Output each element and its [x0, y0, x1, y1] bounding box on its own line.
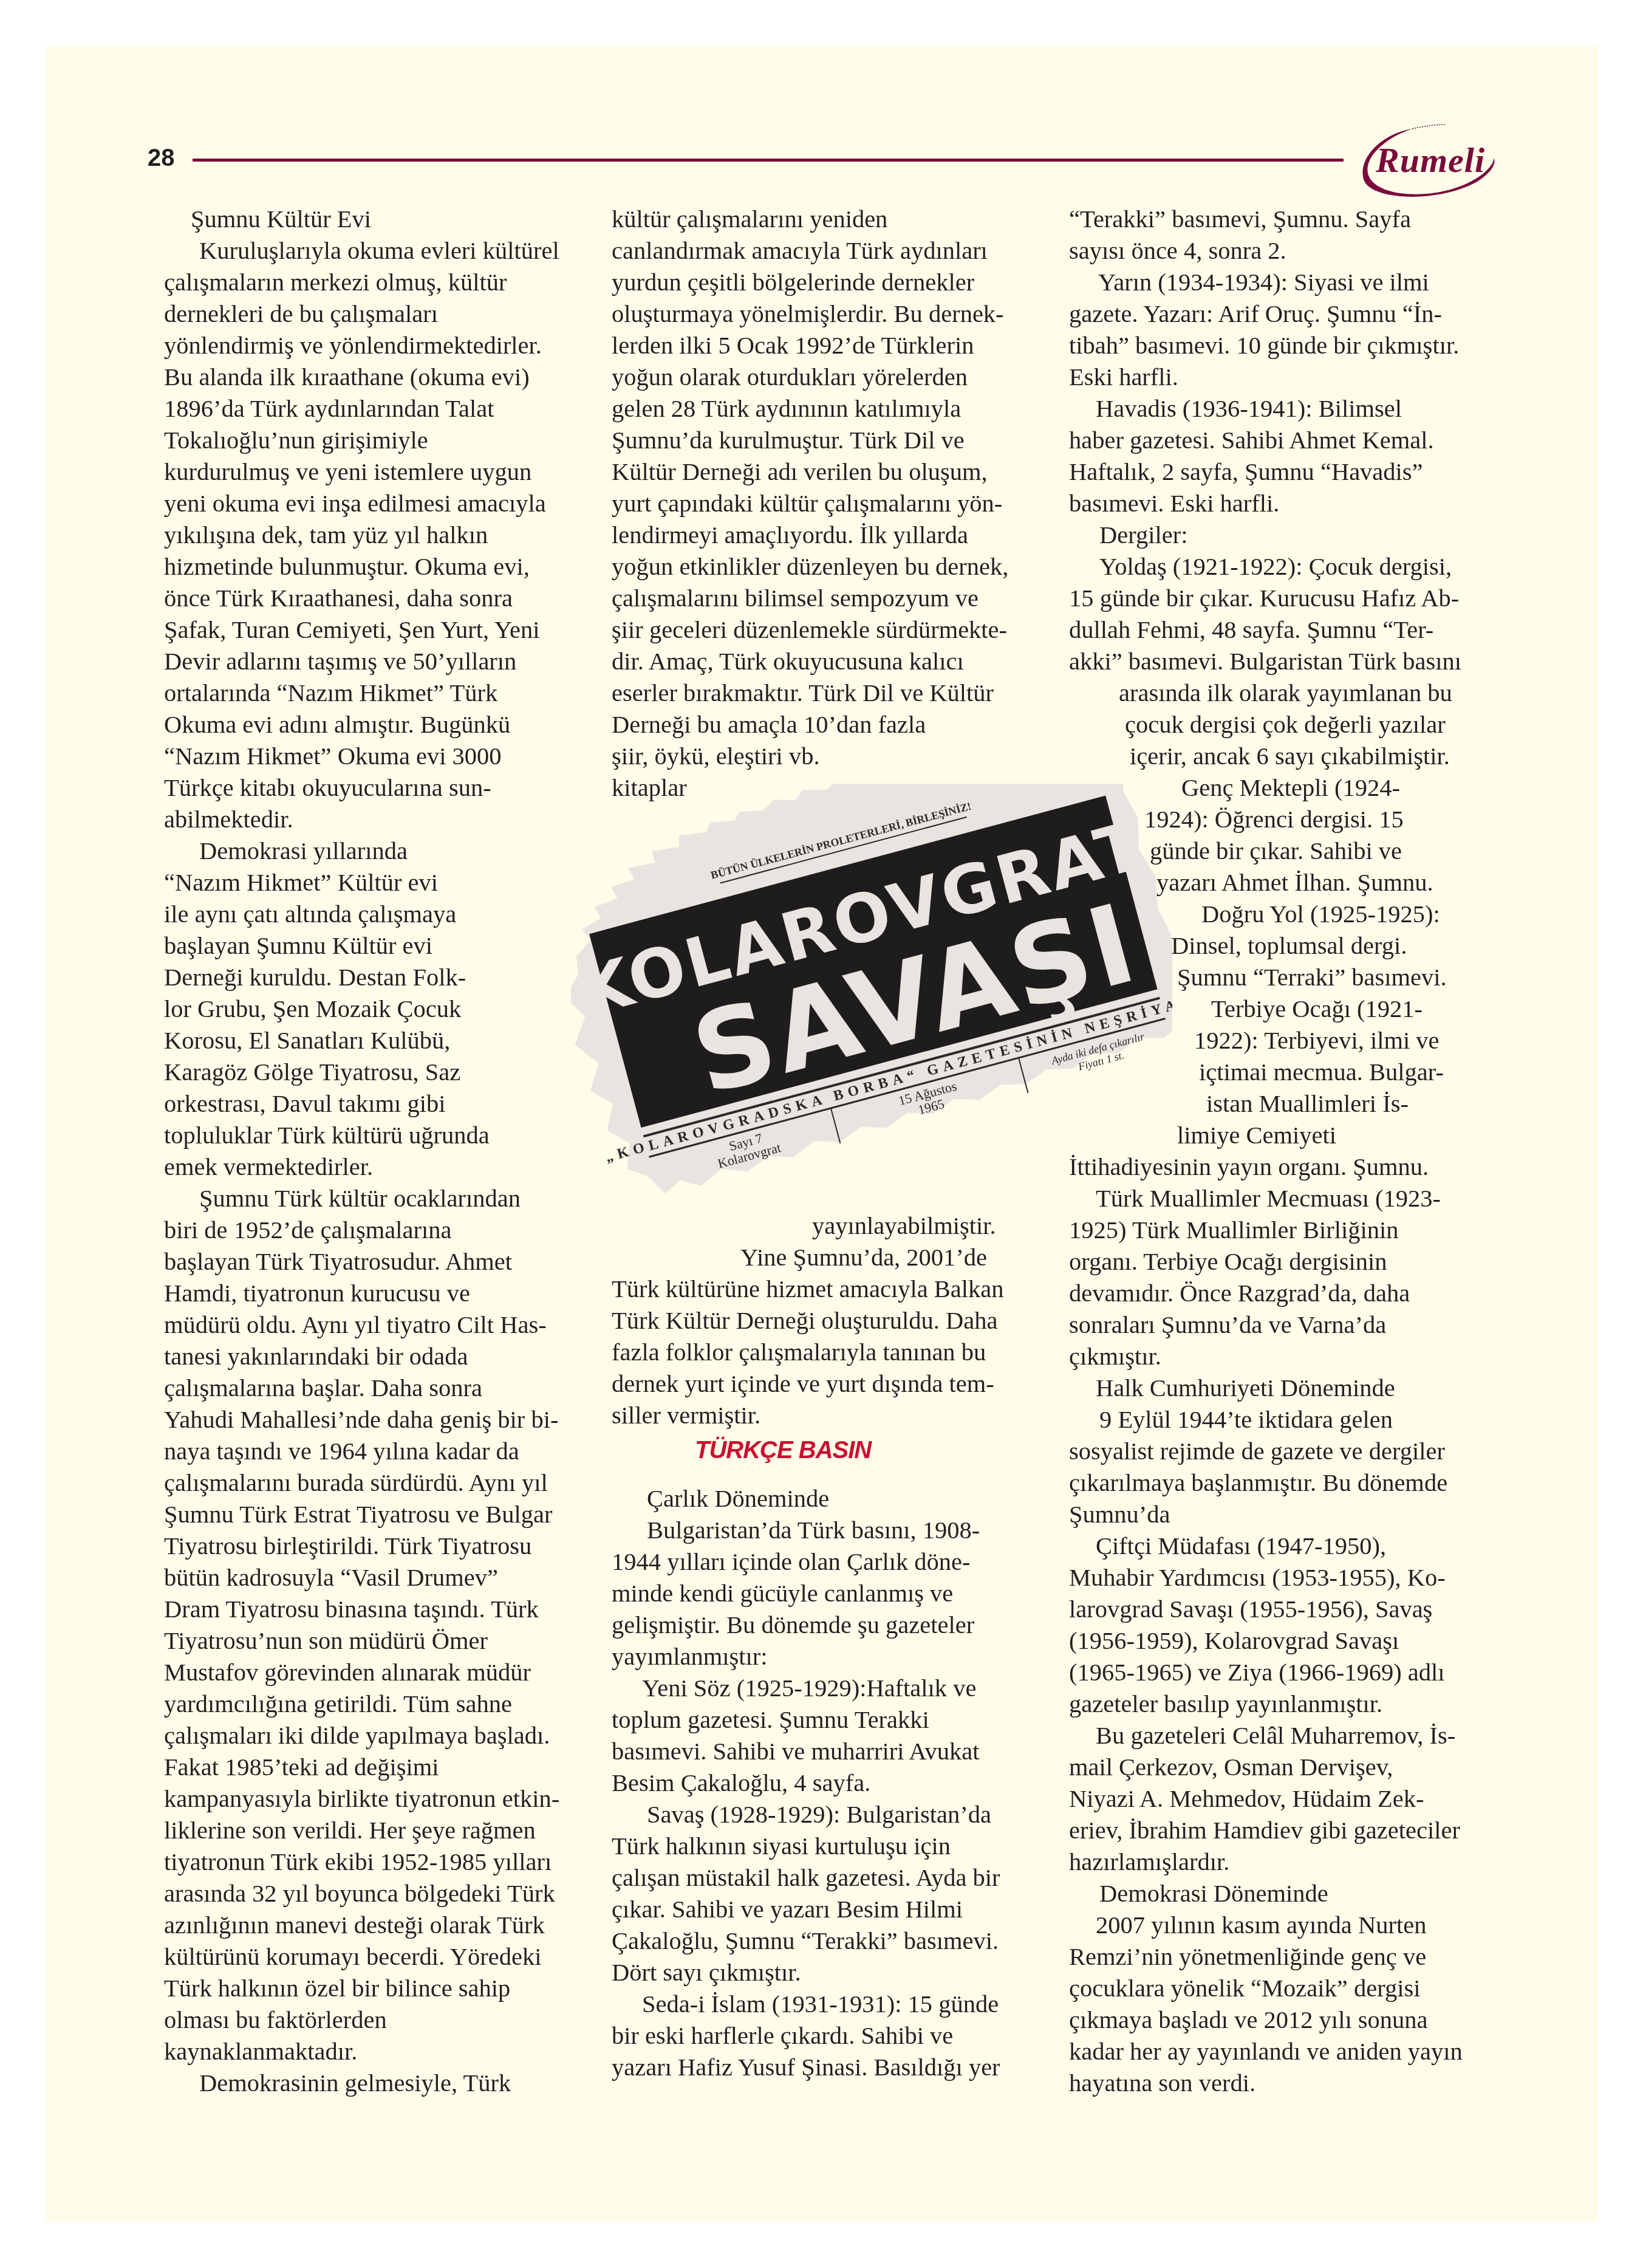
text-line: Çiftçi Müdafası (1947-1950), [1069, 1530, 1494, 1562]
text-line: yazarı Ahmet İlhan. Şumnu. [1069, 867, 1494, 899]
text-line: çıkmaya başladı ve 2012 yılı sonuna [1069, 2004, 1494, 2036]
text-line: Savaş (1928-1929): Bulgaristan’da [612, 1799, 1049, 1831]
text-line: Besim Çakaloğlu, 4 sayfa. [612, 1767, 1049, 1799]
text-line: lendirmeyi amaçlıyordu. İlk yıllarda [612, 519, 1049, 551]
text-line: Genç Mektepli (1924- [1069, 772, 1494, 804]
text-line: günde bir çıkar. Sahibi ve [1069, 835, 1494, 867]
text-line: Türk halkının özel bir bilince sahip [164, 1973, 589, 2004]
text-line: Türk kültürüne hizmet amacıyla Balkan [612, 1273, 1049, 1305]
text-line: limiye Cemiyeti [1069, 1120, 1494, 1151]
column-1: Şumnu Kültür EviKuruluşlarıyla okuma evl… [164, 204, 589, 2099]
text-line: gelen 28 Türk aydınının katılımıyla [612, 393, 1049, 425]
text-line: yeni okuma evi inşa edilmesi amacıyla [164, 488, 589, 519]
text-line: çıkar. Sahibi ve yazarı Besim Hilmi [612, 1894, 1049, 1925]
text-line: Eski harfli. [1069, 361, 1494, 393]
header-rule [193, 159, 1344, 162]
text-line: İttihadiyesinin yayın organı. Şumnu. [1069, 1151, 1494, 1183]
text-line: biri de 1952’de çalışmalarına [164, 1215, 589, 1246]
text-line: yurdun çeşitli bölgelerinde dernekler [612, 267, 1049, 298]
text-line: Yeni Söz (1925-1929):Haftalık ve [612, 1673, 1049, 1704]
text-line: siller vermiştir. [612, 1400, 1049, 1431]
page-number: 28 [148, 145, 175, 172]
text-line: içerir, ancak 6 sayı çıkabilmiştir. [1069, 741, 1494, 772]
text-line: çocuklara yönelik “Mozaik” dergisi [1069, 1973, 1494, 2004]
text-line: Yine Şumnu’da, 2001’de [612, 1242, 1049, 1273]
text-line: Derneği bu amaçla 10’dan fazla [612, 709, 1049, 741]
text-line: mail Çerkezov, Osman Dervişev, [1069, 1752, 1494, 1783]
text-line: “Terakki” basımevi, Şumnu. Sayfa [1069, 204, 1494, 235]
text-line: lerden ilki 5 Ocak 1992’de Türklerin [612, 330, 1049, 361]
text-line: çalışmaların merkezi olmuş, kültür [164, 267, 589, 298]
text-line: eriev, İbrahim Hamdiev gibi gazeteciler [1069, 1815, 1494, 1846]
text-line: Kuruluşlarıyla okuma evleri kültürel [164, 235, 589, 267]
text-line: içtimai mecmua. Bulgar- [1069, 1057, 1494, 1088]
text-line: Remzi’nin yönetmenliğinde genç ve [1069, 1941, 1494, 1973]
text-line: Havadis (1936-1941): Bilimsel [1069, 393, 1494, 425]
text-line: olması bu faktörlerden [164, 2004, 589, 2036]
text-line: Korosu, El Sanatları Kulübü, [164, 1025, 589, 1057]
text-line: Muhabir Yardımcısı (1953-1955), Ko- [1069, 1562, 1494, 1594]
text-line: Türk Muallimler Mecmuası (1923- [1069, 1183, 1494, 1215]
text-line: Şumnu Türk kültür ocaklarından [164, 1183, 589, 1215]
text-line: akki” basımevi. Bulgaristan Türk basını [1069, 646, 1494, 677]
text-line: Şumnu “Terraki” basımevi. [1069, 962, 1494, 993]
text-line: yayınlayabilmiştir. [612, 1210, 1049, 1242]
text-line: Fakat 1985’teki ad değişimi [164, 1752, 589, 1783]
text-line: yıkılışına dek, tam yüz yıl halkın [164, 519, 589, 551]
text-line: Dergiler: [1069, 519, 1494, 551]
text-line: sayısı önce 4, sonra 2. [1069, 235, 1494, 267]
text-line: başlayan Türk Tiyatrosudur. Ahmet [164, 1246, 589, 1278]
text-line: müdürü oldu. Aynı yıl tiyatro Cilt Has- [164, 1309, 589, 1341]
text-line: Tiyatrosu birleştirildi. Türk Tiyatrosu [164, 1530, 589, 1562]
text-line: organı. Terbiye Ocağı dergisinin [1069, 1246, 1494, 1278]
text-line: Derneği kuruldu. Destan Folk- [164, 962, 589, 993]
section-heading-turkce-basin: TÜRKÇE BASIN [695, 1437, 871, 1464]
text-line: Hamdi, tiyatronun kurucusu ve [164, 1278, 589, 1309]
text-line: naya taşındı ve 1964 yılına kadar da [164, 1436, 589, 1467]
text-line: 1922): Terbiyevi, ilmi ve [1069, 1025, 1494, 1057]
text-line: eserler bırakmaktır. Türk Dil ve Kültür [612, 677, 1049, 709]
text-line: önce Türk Kıraathanesi, daha sonra [164, 583, 589, 614]
text-line: gazeteler basılıp yayınlanmıştır. [1069, 1688, 1494, 1720]
text-line: basımevi. Eski harfli. [1069, 488, 1494, 519]
column-2-bottom: Çarlık DönemindeBulgaristan’da Türk bası… [612, 1483, 1049, 2083]
column-2-middle: yayınlayabilmiştir.Yine Şumnu’da, 2001’d… [612, 1210, 1049, 1431]
text-line: 1924): Öğrenci dergisi. 15 [1069, 804, 1494, 835]
text-line: arasında 32 yıl boyunca bölgedeki Türk [164, 1878, 589, 1910]
text-line: çalışmalarını bilimsel sempozyum ve [612, 583, 1049, 614]
text-line: yoğun olarak oturdukları yörelerden [612, 361, 1049, 393]
text-line: oluşturmaya yönelmişlerdir. Bu dernek- [612, 298, 1049, 330]
text-line: Demokrasi yıllarında [164, 835, 589, 867]
text-line: hizmetinde bulunmuştur. Okuma evi, [164, 551, 589, 583]
text-line: 2007 yılının kasım ayında Nurten [1069, 1910, 1494, 1941]
text-line: dernek yurt içinde ve yurt dışında tem- [612, 1368, 1049, 1400]
text-line: gelişmiştir. Bu dönemde şu gazeteler [612, 1609, 1049, 1641]
text-line: Bulgaristan’da Türk basını, 1908- [612, 1515, 1049, 1546]
text-line: fazla folklor çalışmalarıyla tanınan bu [612, 1337, 1049, 1368]
text-line: gazete. Yazarı: Arif Oruç. Şumnu “İn- [1069, 298, 1494, 330]
text-line: Şumnu Türk Estrat Tiyatrosu ve Bulgar [164, 1499, 589, 1530]
text-line: çalışmalarını burada sürdürdü. Aynı yıl [164, 1467, 589, 1499]
text-line: kültürünü korumayı becerdi. Yöredeki [164, 1941, 589, 1973]
text-line: Niyazi A. Mehmedov, Hüdaim Zek- [1069, 1783, 1494, 1815]
text-line: Demokrasinin gelmesiyle, Türk [164, 2068, 589, 2099]
text-line: kampanyasıyla birlikte tiyatronun etkin- [164, 1783, 589, 1815]
text-line: “Nazım Hikmet” Okuma evi 3000 [164, 741, 589, 772]
text-line: Karagöz Gölge Tiyatrosu, Saz [164, 1057, 589, 1088]
text-line: Türkçe kitabı okuyucularına sun- [164, 772, 589, 804]
text-line: istan Muallimleri İs- [1069, 1088, 1494, 1120]
text-line: (1965-1965) ve Ziya (1966-1969) adlı [1069, 1657, 1494, 1688]
text-line: 9 Eylül 1944’te iktidara gelen [1069, 1404, 1494, 1436]
text-line: Yahudi Mahallesi’nde daha geniş bir bi- [164, 1404, 589, 1436]
text-line: Halk Cumhuriyeti Döneminde [1069, 1372, 1494, 1404]
text-line: emek vermektedirler. [164, 1151, 589, 1183]
text-line: Haftalık, 2 sayfa, Şumnu “Havadis” [1069, 456, 1494, 488]
text-line: Şumnu Kültür Evi [164, 204, 589, 235]
text-line: kurdurulmuş ve yeni istemlere uygun [164, 456, 589, 488]
text-line: bütün kadrosuyla “Vasil Drumev” [164, 1562, 589, 1594]
text-line: toplum gazetesi. Şumnu Terakki [612, 1704, 1049, 1736]
text-line: Yarın (1934-1934): Siyasi ve ilmi [1069, 267, 1494, 298]
column-3: “Terakki” basımevi, Şumnu. Sayfasayısı ö… [1069, 204, 1494, 2099]
text-line: Şumnu’da kurulmuştur. Türk Dil ve [612, 425, 1049, 456]
text-line: şiir, öykü, eleştiri vb. [612, 741, 1049, 772]
text-line: kaynaklanmaktadır. [164, 2036, 589, 2068]
text-line: şiir geceleri düzenlemekle sürdürmekte- [612, 614, 1049, 646]
text-line: Devir adlarını taşımış ve 50’yılların [164, 646, 589, 677]
text-line: haber gazetesi. Sahibi Ahmet Kemal. [1069, 425, 1494, 456]
text-line: 1944 yılları içinde olan Çarlık döne- [612, 1546, 1049, 1578]
text-line: Çakaloğlu, Şumnu “Terakki” basımevi. [612, 1925, 1049, 1957]
text-line: liklerine son verildi. Her şeye rağmen [164, 1815, 589, 1846]
text-line: sonraları Şumnu’da ve Varna’da [1069, 1309, 1494, 1341]
text-line: başlayan Şumnu Kültür evi [164, 930, 589, 962]
text-line: yoğun etkinlikler düzenleyen bu dernek, [612, 551, 1049, 583]
text-line: tiyatronun Türk ekibi 1952-1985 yılları [164, 1846, 589, 1878]
text-line: “Nazım Hikmet” Kültür evi [164, 867, 589, 899]
logo-text: Rumeli [1376, 140, 1485, 180]
text-line: arasında ilk olarak yayımlanan bu [1069, 677, 1494, 709]
text-line: lor Grubu, Şen Mozaik Çocuk [164, 993, 589, 1025]
text-line: çalışmaları iki dilde yapılmaya başladı. [164, 1720, 589, 1752]
text-line: Türk halkının siyasi kurtuluşu için [612, 1831, 1049, 1862]
text-line: Dram Tiyatrosu binasına taşındı. Türk [164, 1594, 589, 1625]
text-line: yönlendirmiş ve yönlendirmektedirler. [164, 330, 589, 361]
text-line: Demokrasi Döneminde [1069, 1878, 1494, 1910]
text-line: bir eski harflerle çıkardı. Sahibi ve [612, 2020, 1049, 2052]
text-line: hazırlamışlardır. [1069, 1846, 1494, 1878]
text-line: minde kendi gücüyle canlanmış ve [612, 1578, 1049, 1609]
text-line: Dört sayı çıkmıştır. [612, 1957, 1049, 1989]
text-line: kültür çalışmalarını yeniden [612, 204, 1049, 235]
text-line: basımevi. Sahibi ve muharriri Avukat [612, 1736, 1049, 1767]
text-line: topluluklar Türk kültürü uğrunda [164, 1120, 589, 1151]
text-line: yardımcılığına getirildi. Tüm sahne [164, 1688, 589, 1720]
text-line: 15 günde bir çıkar. Kurucusu Hafız Ab- [1069, 583, 1494, 614]
text-line: orkestrası, Davul takımı gibi [164, 1088, 589, 1120]
text-line: 1896’da Türk aydınlarından Talat [164, 393, 589, 425]
text-line: Türk Kültür Derneği oluşturuldu. Daha [612, 1305, 1049, 1337]
text-line: Bu gazeteleri Celâl Muharremov, İs- [1069, 1720, 1494, 1752]
text-line: Terbiye Ocağı (1921- [1069, 993, 1494, 1025]
text-line: hayatına son verdi. [1069, 2068, 1494, 2099]
text-line: abilmektedir. [164, 804, 589, 835]
text-line: dernekleri de bu çalışmaları [164, 298, 589, 330]
column-2-top: kültür çalışmalarını yenidencanlandırmak… [612, 204, 1049, 804]
text-line: Doğru Yol (1925-1925): [1069, 899, 1494, 930]
text-line: Kültür Derneği adı verilen bu oluşum, [612, 456, 1049, 488]
text-line: çıkmıştır. [1069, 1341, 1494, 1372]
text-line: Bu alanda ilk kıraathane (okuma evi) [164, 361, 589, 393]
text-line: çalışan müstakil halk gazetesi. Ayda bir [612, 1862, 1049, 1894]
text-line: yazarı Hafiz Yusuf Şinasi. Basıldığı yer [612, 2052, 1049, 2083]
text-line: tanesi yakınlarındaki bir odada [164, 1341, 589, 1372]
text-line: ile aynı çatı altında çalışmaya [164, 899, 589, 930]
text-line: tibah” basımevi. 10 günde bir çıkmıştır. [1069, 330, 1494, 361]
text-line: Okuma evi adını almıştır. Bugünkü [164, 709, 589, 741]
text-line: çocuk dergisi çok değerli yazılar [1069, 709, 1494, 741]
text-line: Çarlık Döneminde [612, 1483, 1049, 1515]
text-line: ortalarında “Nazım Hikmet” Türk [164, 677, 589, 709]
text-line: azınlığının manevi desteği olarak Türk [164, 1910, 589, 1941]
text-line: devamıdır. Önce Razgrad’da, daha [1069, 1278, 1494, 1309]
text-line: çıkarılmaya başlanmıştır. Bu dönemde [1069, 1467, 1494, 1499]
text-line: dullah Fehmi, 48 sayfa. Şumnu “Ter- [1069, 614, 1494, 646]
text-line: Tokalıoğlu’nun girişimiyle [164, 425, 589, 456]
text-line: Şafak, Turan Cemiyeti, Şen Yurt, Yeni [164, 614, 589, 646]
text-line: Seda-i İslam (1931-1931): 15 günde [612, 1989, 1049, 2020]
text-line: 1925) Türk Muallimler Birliğinin [1069, 1215, 1494, 1246]
text-line: kadar her ay yayınlandı ve aniden yayın [1069, 2036, 1494, 2068]
text-line: Tiyatrosu’nun son müdürü Ömer [164, 1625, 589, 1657]
text-line: larovgrad Savaşı (1955-1956), Savaş [1069, 1594, 1494, 1625]
text-line: Mustafov görevinden alınarak müdür [164, 1657, 589, 1688]
text-line: canlandırmak amacıyla Türk aydınları [612, 235, 1049, 267]
text-line: Yoldaş (1921-1922): Çocuk dergisi, [1069, 551, 1494, 583]
text-line: çalışmalarına başlar. Daha sonra [164, 1372, 589, 1404]
text-line: yayımlanmıştır: [612, 1641, 1049, 1673]
text-line: Şumnu’da [1069, 1499, 1494, 1530]
text-line: dir. Amaç, Türk okuyucusuna kalıcı [612, 646, 1049, 677]
text-line: sosyalist rejimde de gazete ve dergiler [1069, 1436, 1494, 1467]
text-line: yurt çapındaki kültür çalışmalarını yön- [612, 488, 1049, 519]
text-line: (1956-1959), Kolarovgrad Savaşı [1069, 1625, 1494, 1657]
text-line: Dinsel, toplumsal dergi. [1069, 930, 1494, 962]
